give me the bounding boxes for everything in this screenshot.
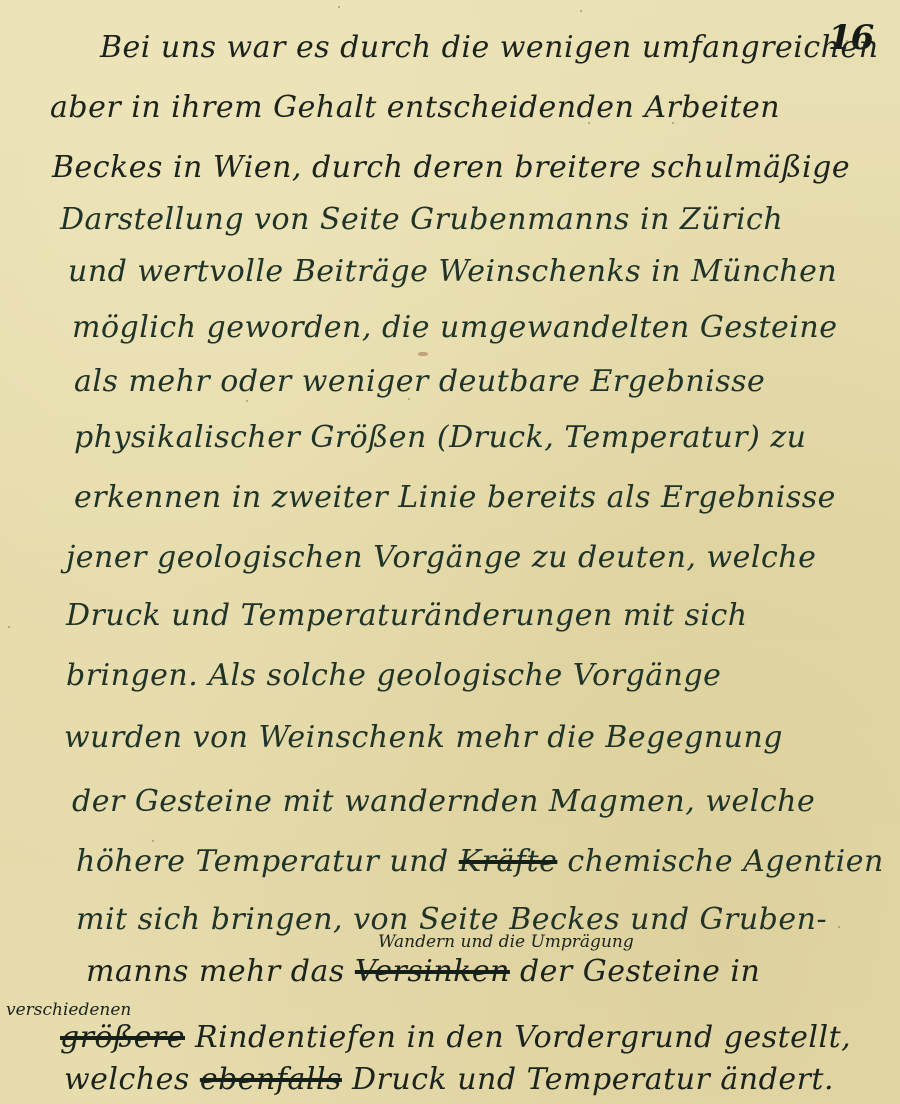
paper-speck	[8, 626, 10, 628]
line-text: möglich geworden, die umgewandelten Gest…	[72, 310, 837, 345]
manuscript-line: größere Rindentiefen in den Vordergrund …	[60, 1018, 851, 1058]
struck-text: Versinken	[355, 954, 510, 989]
line-text: Druck und Temperaturänderungen mit sich	[66, 598, 748, 633]
manuscript-line: höhere Temperatur und Kräfte chemische A…	[76, 842, 884, 882]
struck-text: Kräfte	[459, 844, 558, 879]
struck-text: ebenfalls	[200, 1062, 342, 1097]
line-text: erkennen in zweiter Linie bereits als Er…	[74, 480, 836, 515]
manuscript-line: und wertvolle Beiträge Weinschenks in Mü…	[68, 252, 837, 292]
paper-speck	[580, 10, 582, 12]
manuscript-line: physikalischer Größen (Druck, Temperatur…	[74, 418, 807, 458]
line-text: manns mehr das	[86, 954, 355, 989]
line-text: als mehr oder weniger deutbare Ergebniss…	[74, 364, 765, 399]
line-text: jener geologischen Vorgänge zu deuten, w…	[66, 540, 816, 575]
line-text: und wertvolle Beiträge Weinschenks in Mü…	[68, 254, 837, 289]
manuscript-line: manns mehr das Versinken der Gesteine in	[86, 952, 760, 992]
manuscript-line: Druck und Temperaturänderungen mit sich	[66, 596, 748, 636]
line-text: physikalischer Größen (Druck, Temperatur…	[74, 420, 807, 455]
line-text: Druck und Temperatur ändert.	[342, 1062, 834, 1097]
line-text: bringen. Als solche geologische Vorgänge	[66, 658, 721, 693]
interlinear-insertion: Wandern und die Umprägung	[378, 932, 634, 952]
line-text: der Gesteine mit wandernden Magmen, welc…	[72, 784, 815, 819]
line-text: wurden von Weinschenk mehr die Begegnung	[64, 720, 783, 755]
manuscript-line: erkennen in zweiter Linie bereits als Er…	[74, 478, 836, 518]
line-text: Darstellung von Seite Grubenmanns in Zür…	[60, 202, 783, 237]
margin-insertion: verschiedenen	[6, 1000, 131, 1020]
paper-speck	[838, 926, 840, 928]
manuscript-line: Bei uns war es durch die wenigen umfangr…	[100, 28, 879, 68]
line-text: Beckes in Wien, durch deren breitere sch…	[52, 150, 850, 185]
line-text: welches	[64, 1062, 200, 1097]
manuscript-line: welches ebenfalls Druck und Temperatur ä…	[64, 1060, 834, 1100]
manuscript-line: Darstellung von Seite Grubenmanns in Zür…	[60, 200, 783, 240]
line-text: Rindentiefen in den Vordergrund gestellt…	[185, 1020, 851, 1055]
manuscript-line: jener geologischen Vorgänge zu deuten, w…	[66, 538, 816, 578]
manuscript-line: als mehr oder weniger deutbare Ergebniss…	[74, 362, 765, 402]
paper-speck	[338, 6, 340, 8]
line-text: aber in ihrem Gehalt entscheidenden Arbe…	[50, 90, 780, 125]
line-text: Bei uns war es durch die wenigen umfangr…	[100, 30, 879, 65]
manuscript-line: Beckes in Wien, durch deren breitere sch…	[52, 148, 850, 188]
manuscript-line: aber in ihrem Gehalt entscheidenden Arbe…	[50, 88, 780, 128]
line-text: höhere Temperatur und	[76, 844, 459, 879]
manuscript-line: bringen. Als solche geologische Vorgänge	[66, 656, 721, 696]
struck-text: größere	[60, 1020, 185, 1055]
manuscript-line: möglich geworden, die umgewandelten Gest…	[72, 308, 837, 348]
manuscript-page: 16 Bei uns war es durch die wenigen umfa…	[0, 0, 900, 1104]
manuscript-line: wurden von Weinschenk mehr die Begegnung	[64, 718, 783, 758]
paper-stain	[418, 352, 428, 356]
line-text: der Gesteine in	[510, 954, 760, 989]
manuscript-line: der Gesteine mit wandernden Magmen, welc…	[72, 782, 815, 822]
line-text: chemische Agentien	[557, 844, 883, 879]
